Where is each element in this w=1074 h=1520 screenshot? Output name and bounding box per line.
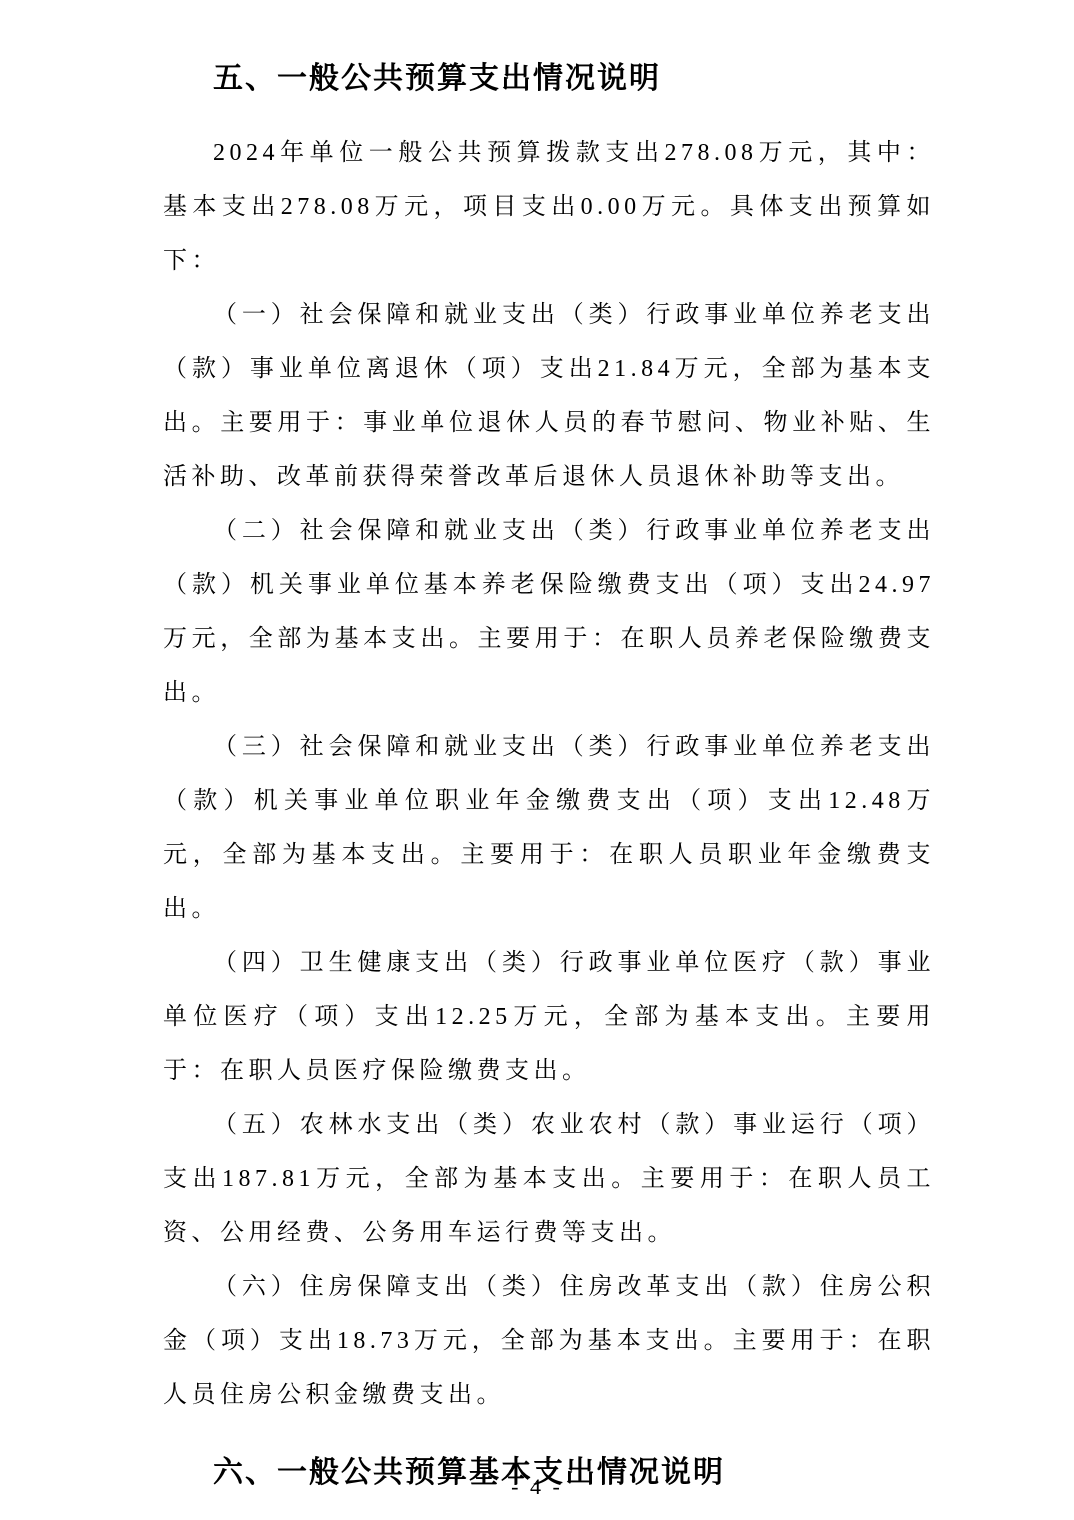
document-page: 五、一般公共预算支出情况说明 2024年单位一般公共预算拨款支出278.08万元… <box>0 0 1074 1520</box>
item-5-paragraph: （五）农林水支出（类）农业农村（款）事业运行（项）支出187.81万元，全部为基… <box>163 1098 935 1260</box>
section-5-heading: 五、一般公共预算支出情况说明 <box>163 58 935 100</box>
item-4-paragraph: （四）卫生健康支出（类）行政事业单位医疗（款）事业单位医疗（项）支出12.25万… <box>163 936 935 1098</box>
item-2-paragraph: （二）社会保障和就业支出（类）行政事业单位养老支出（款）机关事业单位基本养老保险… <box>163 504 935 720</box>
item-6-paragraph: （六）住房保障支出（类）住房改革支出（款）住房公积金（项）支出18.73万元，全… <box>163 1260 935 1422</box>
summary-paragraph: 2024年单位一般公共预算拨款支出278.08万元，其中：基本支出278.08万… <box>163 126 935 288</box>
document-content: 五、一般公共预算支出情况说明 2024年单位一般公共预算拨款支出278.08万元… <box>163 58 935 1494</box>
item-1-paragraph: （一）社会保障和就业支出（类）行政事业单位养老支出（款）事业单位离退休（项）支出… <box>163 288 935 504</box>
page-number: - 4 - <box>0 1474 1074 1500</box>
item-3-paragraph: （三）社会保障和就业支出（类）行政事业单位养老支出（款）机关事业单位职业年金缴费… <box>163 720 935 936</box>
